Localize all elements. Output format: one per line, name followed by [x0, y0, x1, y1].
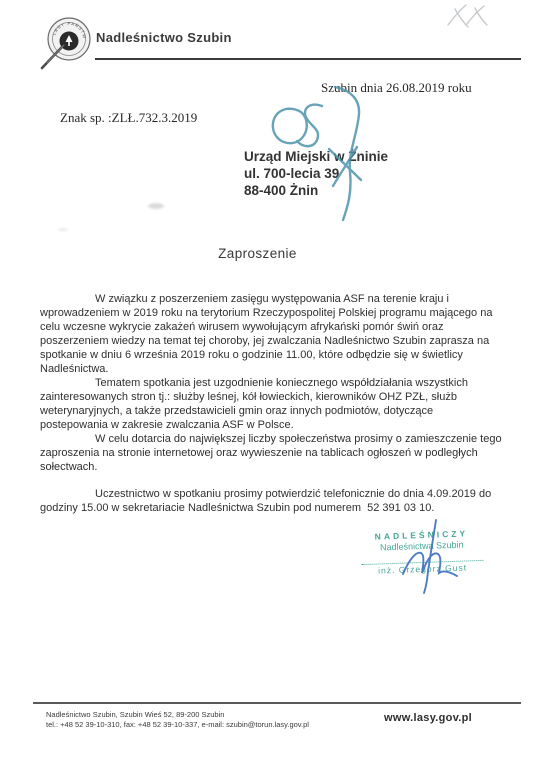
body-paragraph-2: Tematem spotkania jest uzgodnienie konie…	[40, 376, 540, 432]
recipient-address-block: Urząd Miejski w Żninie ul. 700-lecia 39 …	[244, 148, 388, 199]
scanned-letter-page: LASY PAŃSTWOWE Nadleśnictwo Szubin Szubi…	[0, 0, 543, 768]
footer-contact-block: Nadleśnictwo Szubin, Szubin Wieś 52, 89-…	[46, 710, 309, 730]
date-line: Szubin dnia 26.08.2019 roku	[321, 80, 472, 96]
official-stamp: NADLEŚNICZY Nadleśnictwa Szubin inż. Grz…	[355, 528, 488, 577]
header-divider-rule	[95, 58, 521, 60]
recipient-city: 88-400 Żnin	[244, 182, 388, 199]
body-paragraph-4: Uczestnictwo w spotkaniu prosimy potwier…	[40, 487, 540, 515]
footer-contact-line: tel.: +48 52 39-10-310, fax: +48 52 39-1…	[46, 720, 309, 730]
lasy-panstwowe-logo: LASY PAŃSTWOWE	[38, 14, 96, 72]
body-paragraph-3: W celu dotarcia do największej liczby sp…	[40, 432, 540, 474]
footer-divider-rule	[33, 702, 521, 704]
recipient-name: Urząd Miejski w Żninie	[244, 148, 388, 165]
footer-address-line: Nadleśnictwo Szubin, Szubin Wieś 52, 89-…	[46, 710, 309, 720]
pencil-initials-icon	[448, 5, 487, 27]
footer-website: www.lasy.gov.pl	[384, 712, 472, 724]
scan-smudge	[58, 228, 68, 231]
letter-body: W związku z poszerzeniem zasięgu występo…	[40, 292, 540, 515]
organization-name: Nadleśnictwo Szubin	[96, 30, 232, 45]
recipient-street: ul. 700-lecia 39	[244, 165, 388, 182]
scan-smudge	[148, 203, 164, 209]
document-title: Zaproszenie	[0, 246, 515, 261]
reference-number: Znak sp. :ZLŁ.732.3.2019	[60, 110, 197, 126]
body-paragraph-1: W związku z poszerzeniem zasięgu występo…	[40, 292, 540, 376]
